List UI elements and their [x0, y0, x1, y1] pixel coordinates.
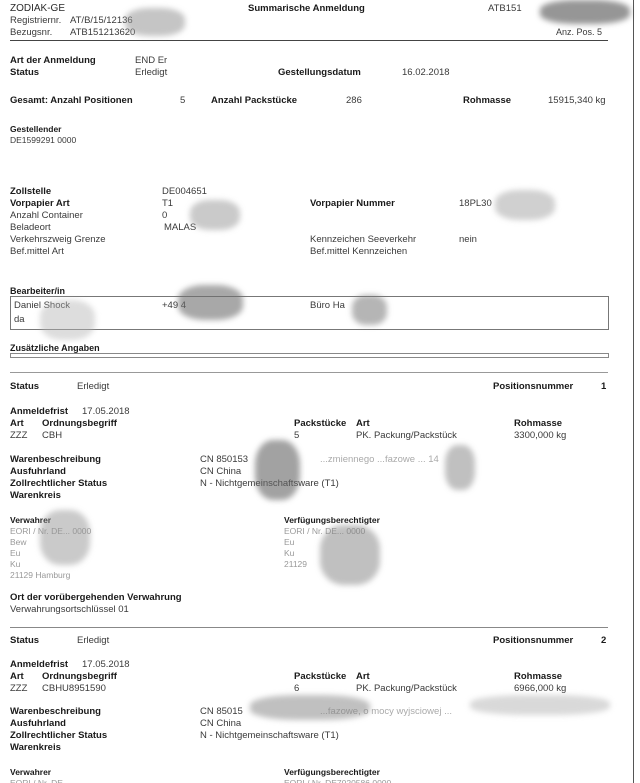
position-status-value: Erledigt [77, 381, 109, 392]
address-line: Ku [10, 559, 91, 570]
reference-label: Bezugsnr. [10, 27, 52, 38]
presenter-value: DE1599291 0000 [10, 135, 76, 145]
goods-description-label: Warenbeschreibung [10, 454, 101, 465]
positions-count: Anz. Pos. 5 [556, 27, 602, 37]
package-type-value: PK. Packung/Packstück [356, 683, 457, 694]
gross-mass-label: Rohmasse [514, 418, 562, 429]
address-line: EORI / Nr. DE7020586 0000 [284, 778, 391, 783]
art-value: ZZZ [10, 683, 27, 694]
gross-mass-value: 3300,000 kg [514, 430, 566, 441]
customs-status-value: N - Nichtgemeinschaftsware (T1) [200, 730, 339, 741]
position-status-label: Status [10, 635, 39, 646]
reference-number: ATB151213620 [70, 27, 135, 38]
order-value: CBH [42, 430, 62, 441]
address-line: Eu [284, 537, 365, 548]
processor-name: Daniel Shock [14, 300, 70, 311]
goods-description-tail: ...zmiennego ...fazowe ... 14 [320, 454, 439, 465]
customs-office-label: Zollstelle [10, 186, 51, 197]
address-line: EORI / Nr. DE... 0000 [10, 526, 91, 537]
export-country-value: CN China [200, 466, 241, 477]
package-type-label: Art [356, 418, 370, 429]
goods-group-label: Warenkreis [10, 490, 61, 501]
means-id-label: Bef.mittel Kennzeichen [310, 246, 407, 257]
position-status-value: Erledigt [77, 635, 109, 646]
company-name: ZODIAK-GE [10, 3, 65, 14]
order-label: Ordnungsbegriff [42, 418, 117, 429]
disposer-label: Verfügungsberechtigter [284, 767, 380, 777]
document-number: ATB151 [488, 3, 522, 14]
deadline-label: Anmeldefrist [10, 659, 68, 670]
section-divider [10, 372, 608, 373]
containers-value: 0 [162, 210, 167, 221]
disposer-address: EORI / Nr. DE... 0000EuKu21129 [284, 526, 365, 570]
custodian-address: EORI / Nr. DE... 0000BewEuKu21129 Hambur… [10, 526, 91, 581]
address-line: EORI / Nr. DE... 0000 [284, 526, 365, 537]
goods-group-label: Warenkreis [10, 742, 61, 753]
customs-status-label: Zollrechtlicher Status [10, 478, 107, 489]
position-divider [10, 627, 608, 628]
registration-label: Registriernr. [10, 15, 61, 26]
customs-status-value: N - Nichtgemeinschaftsware (T1) [200, 478, 339, 489]
prev-doc-type-label: Vorpapier Art [10, 198, 70, 209]
deadline-value: 17.05.2018 [82, 406, 130, 417]
export-country-value: CN China [200, 718, 241, 729]
address-line: 21129 Hamburg [10, 570, 91, 581]
packages-label: Packstücke [294, 671, 346, 682]
deadline-value: 17.05.2018 [82, 659, 130, 670]
total-packages-value: 286 [346, 95, 362, 106]
customs-office-value: DE004651 [162, 186, 207, 197]
redaction-smudge [470, 695, 610, 715]
position-number-label: Positionsnummer [493, 381, 573, 392]
package-type-value: PK. Packung/Packstück [356, 430, 457, 441]
redaction-smudge [190, 200, 240, 230]
redaction-smudge [445, 445, 475, 490]
presentation-date-value: 16.02.2018 [402, 67, 450, 78]
prev-doc-number-value: 18PL30 [459, 198, 492, 209]
goods-description-label: Warenbeschreibung [10, 706, 101, 717]
address-line: Bew [10, 537, 91, 548]
presentation-date-label: Gestellungsdatum [278, 67, 361, 78]
storage-location-label: Ort der vorübergehenden Verwahrung [10, 592, 182, 603]
processor-label: Bearbeiter/in [10, 286, 65, 296]
art-label: Art [10, 671, 24, 682]
prev-doc-number-label: Vorpapier Nummer [310, 198, 395, 209]
additional-info-label: Zusätzliche Angaben [10, 343, 100, 353]
means-type-label: Bef.mittel Art [10, 246, 64, 257]
art-value: ZZZ [10, 430, 27, 441]
gross-mass-value: 6966,000 kg [514, 683, 566, 694]
address-line: Eu [10, 548, 91, 559]
header-divider [10, 40, 608, 41]
processor-office: Büro Ha [310, 300, 345, 311]
total-mass-label: Rohmasse [463, 95, 511, 106]
declaration-type-label: Art der Anmeldung [10, 55, 96, 66]
custodian-label: Verwahrer [10, 767, 51, 777]
art-label: Art [10, 418, 24, 429]
address-line: 21129 [284, 559, 365, 570]
registration-number: AT/B/15/12136 [70, 15, 133, 26]
packages-value: 5 [294, 430, 299, 441]
position-number-value: 1 [601, 381, 606, 392]
package-type-label: Art [356, 671, 370, 682]
loading-place-label: Beladeort [10, 222, 51, 233]
address-line: EORI / Nr. DE... [10, 778, 70, 783]
custodian-label: Verwahrer [10, 515, 51, 525]
page-edge [633, 0, 634, 783]
processor-phone: +49 4 [162, 300, 186, 311]
total-positions-label: Gesamt: Anzahl Positionen [10, 95, 133, 106]
status-label: Status [10, 67, 39, 78]
total-mass-value: 15915,340 kg [548, 95, 606, 106]
storage-location-value: Verwahrungsortschlüssel 01 [10, 604, 129, 615]
prev-doc-type-value: T1 [162, 198, 173, 209]
order-value: CBHU8951590 [42, 683, 106, 694]
redaction-smudge [540, 0, 630, 24]
export-country-label: Ausfuhrland [10, 466, 66, 477]
goods-description-value: CN 850153 [200, 454, 248, 465]
containers-label: Anzahl Container [10, 210, 83, 221]
total-packages-label: Anzahl Packstücke [211, 95, 297, 106]
disposer-label: Verfügungsberechtigter [284, 515, 380, 525]
redaction-smudge [255, 440, 300, 500]
customs-status-label: Zollrechtlicher Status [10, 730, 107, 741]
goods-description-tail: ...fazowe, o mocy wyjsciowej ... [320, 706, 452, 717]
disposer-address: EORI / Nr. DE7020586 0000 [284, 778, 391, 783]
presenter-label: Gestellender [10, 124, 62, 134]
goods-description-value: CN 85015 [200, 706, 243, 717]
order-label: Ordnungsbegriff [42, 671, 117, 682]
document-title: Summarische Anmeldung [248, 3, 365, 14]
declaration-type-value: END Er [135, 55, 167, 66]
processor-email: da [14, 314, 25, 325]
sea-traffic-value: nein [459, 234, 477, 245]
position-status-label: Status [10, 381, 39, 392]
packages-value: 6 [294, 683, 299, 694]
transport-mode-label: Verkehrszweig Grenze [10, 234, 106, 245]
position-number-value: 2 [601, 635, 606, 646]
redaction-smudge [495, 190, 555, 220]
sea-traffic-label: Kennzeichen Seeverkehr [310, 234, 416, 245]
address-line: Ku [284, 548, 365, 559]
deadline-label: Anmeldefrist [10, 406, 68, 417]
status-value: Erledigt [135, 67, 167, 78]
loading-place-value: MALAS [164, 222, 196, 233]
packages-label: Packstücke [294, 418, 346, 429]
total-positions-value: 5 [180, 95, 185, 106]
custodian-address: EORI / Nr. DE... [10, 778, 70, 783]
gross-mass-label: Rohmasse [514, 671, 562, 682]
export-country-label: Ausfuhrland [10, 718, 66, 729]
additional-info-box [10, 353, 609, 358]
position-number-label: Positionsnummer [493, 635, 573, 646]
